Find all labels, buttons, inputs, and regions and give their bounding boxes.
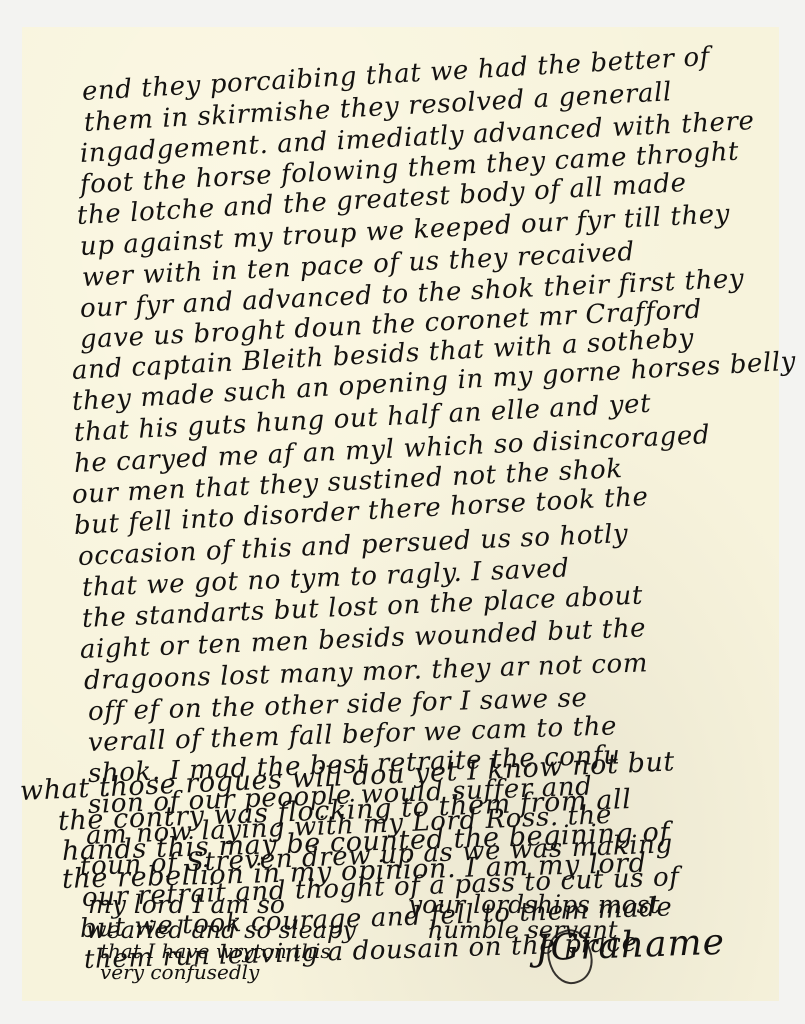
closing-left-line: very confusedly xyxy=(100,962,259,982)
signature: JGrahame xyxy=(534,922,725,970)
closing-left-line: that I have wryton this xyxy=(100,941,331,961)
closing-left-line: my lord I am so xyxy=(88,892,285,917)
closing-right-line: your lordships most xyxy=(408,892,660,917)
